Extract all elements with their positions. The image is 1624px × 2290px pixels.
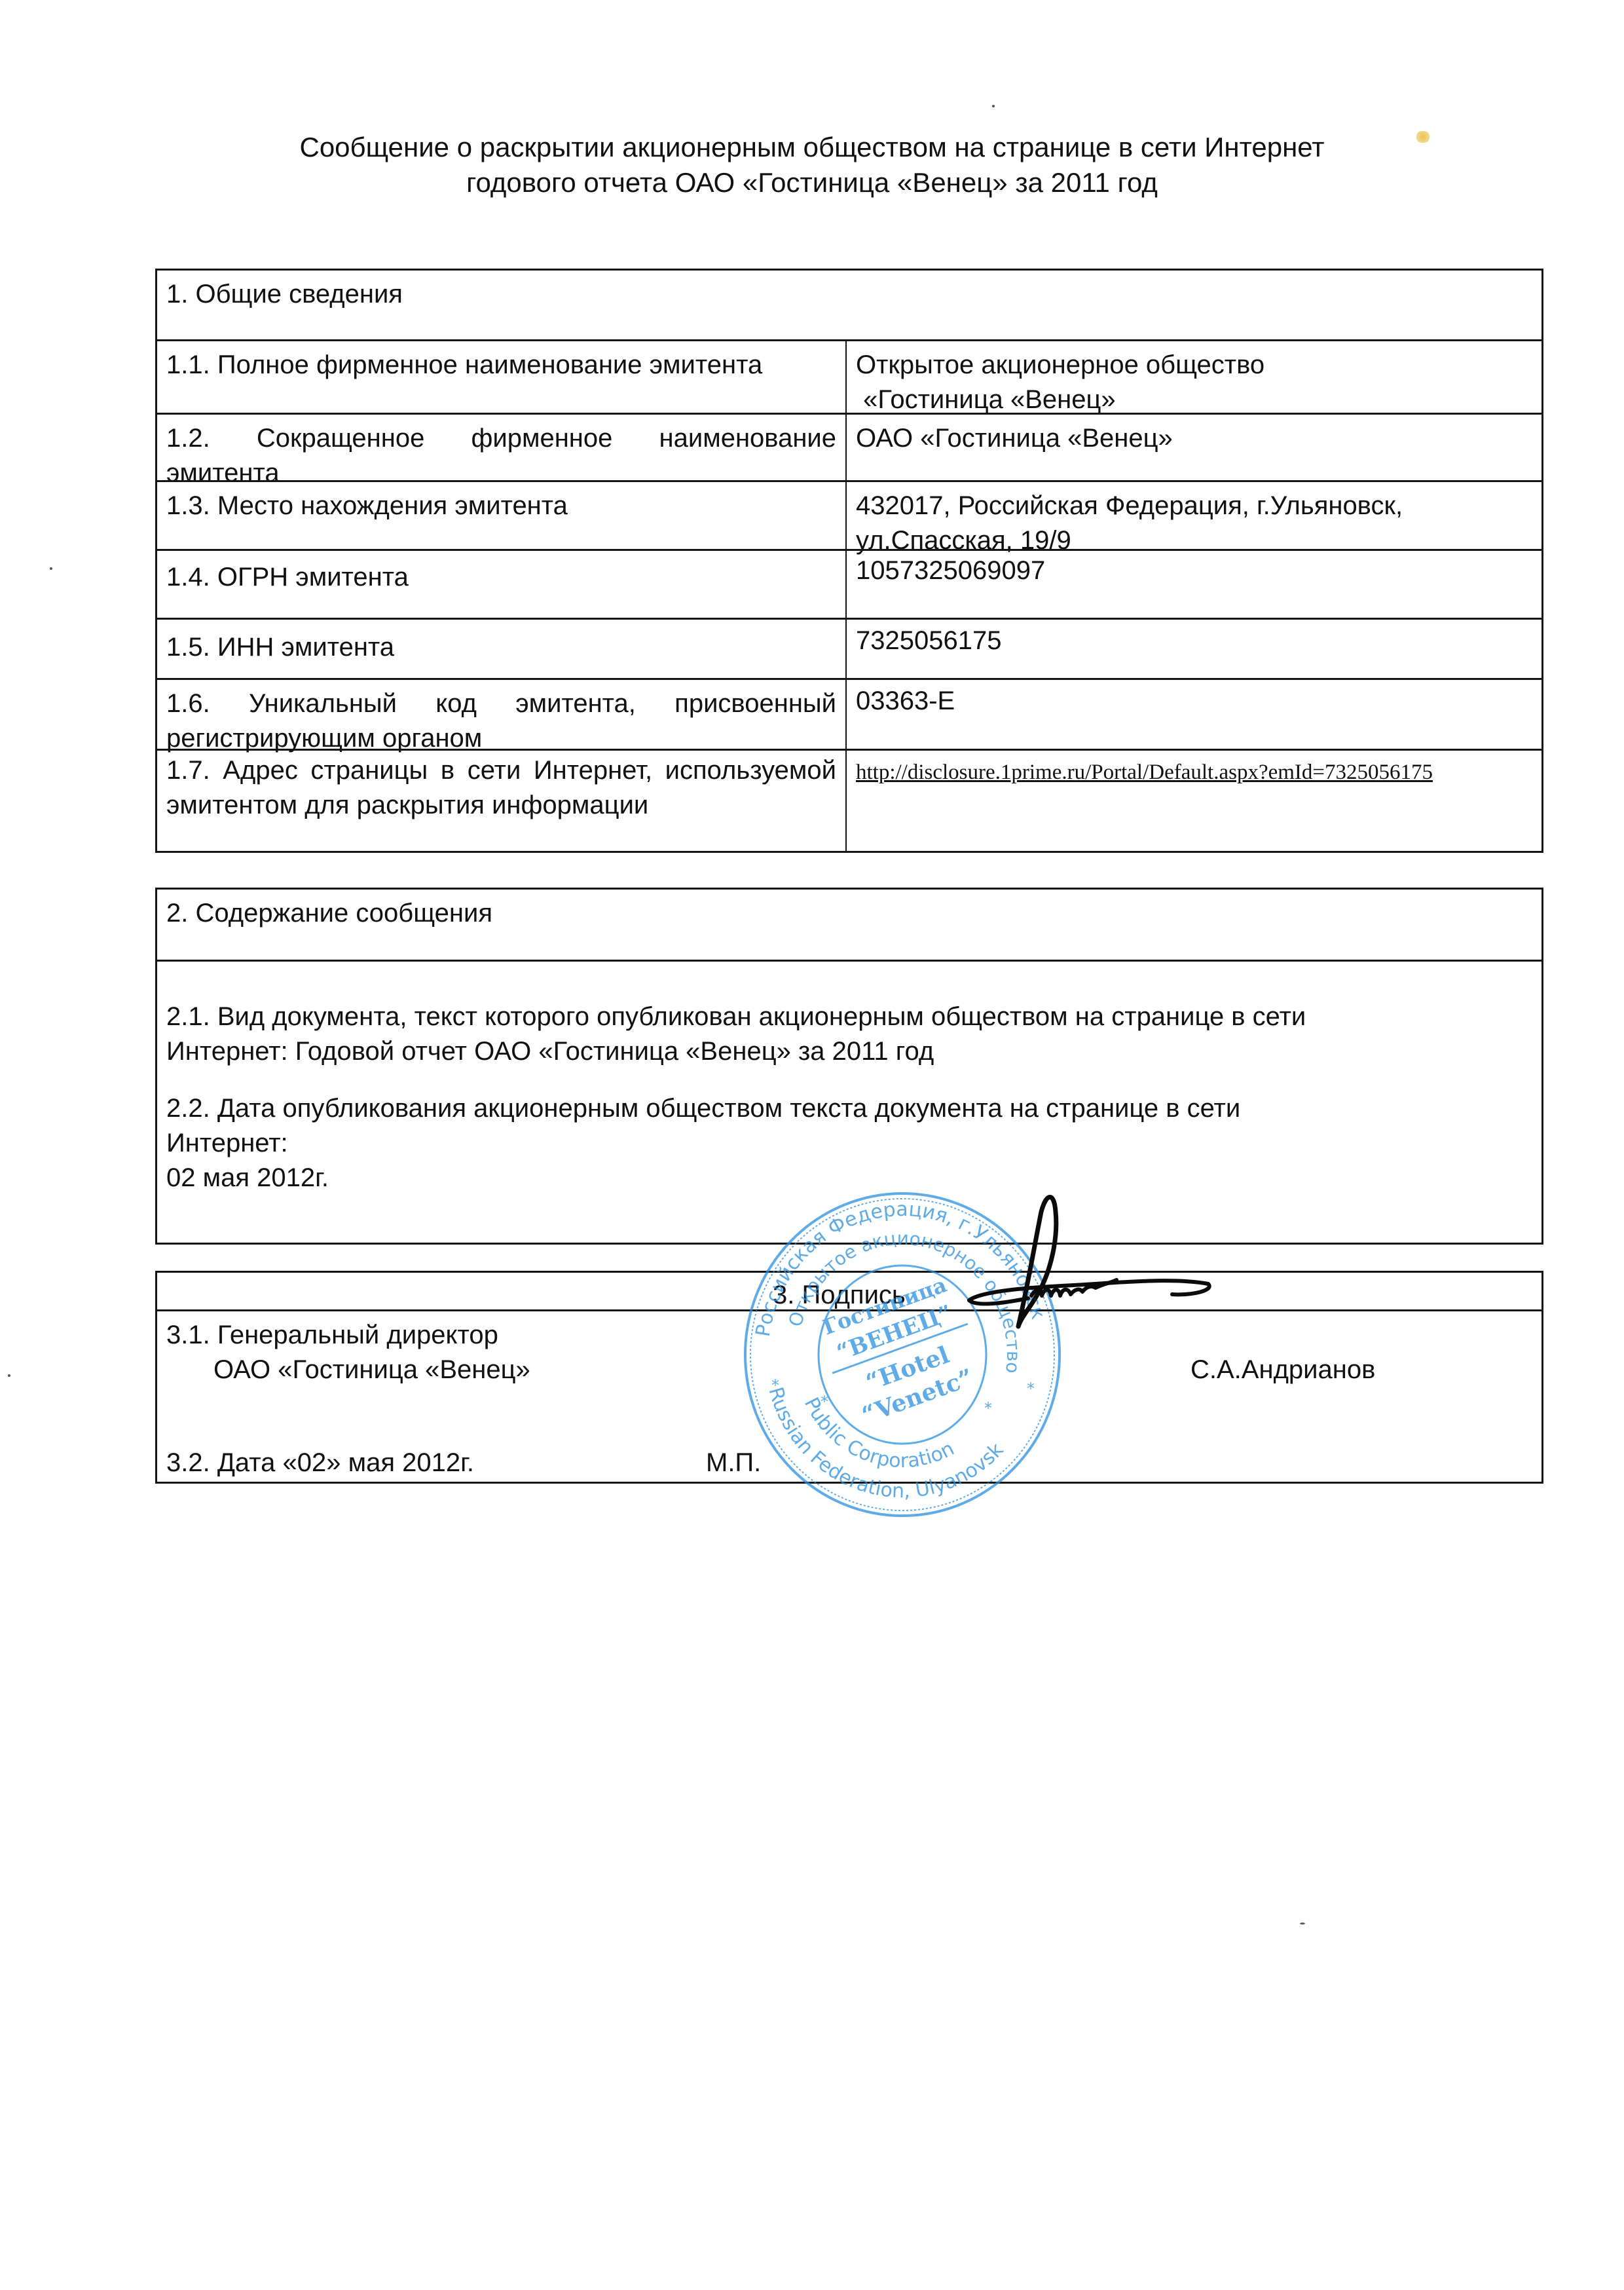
disclosure-page-link[interactable]: http://disclosure.1prime.ru/Portal/Defau…: [856, 760, 1433, 784]
position-title: 3.1. Генеральный директор: [166, 1318, 498, 1353]
company-name: ОАО «Гостиница «Венец»: [213, 1353, 530, 1387]
svg-text:*: *: [984, 1399, 992, 1417]
scan-smudge-icon: [1414, 131, 1431, 143]
paragraph-2-2: 2.2. Дата опубликования акционерным обще…: [166, 1091, 1532, 1195]
value-line: 432017, Российская Федерация, г.Ульяновс…: [856, 489, 1532, 523]
scan-speck: [8, 1374, 10, 1377]
signatory-name: С.А.Андрианов: [1190, 1353, 1375, 1387]
value-line: Открытое акционерное общество: [856, 348, 1532, 383]
row-value: 03363-E: [847, 680, 1541, 749]
row-label: 1.5. ИНН эмитента: [157, 620, 847, 678]
row-value: ОАО «Гостиница «Венец»: [847, 415, 1541, 480]
row-value: http://disclosure.1prime.ru/Portal/Defau…: [847, 751, 1541, 851]
table-row-1-2: 1.2. Сокращенное фирменное наименование …: [157, 413, 1541, 480]
row-label: 1.4. ОГРН эмитента: [157, 551, 847, 618]
row-value: 432017, Российская Федерация, г.Ульяновс…: [847, 482, 1541, 549]
handwritten-signature-icon: [956, 1186, 1218, 1336]
table-row-1-5: 1.5. ИНН эмитента 7325056175: [157, 618, 1541, 678]
svg-text:*: *: [821, 1393, 828, 1411]
section1-header-row: 1. Общие сведения: [157, 271, 1541, 339]
document-title-line-2: годового отчета ОАО «Гостиница «Венец» з…: [0, 165, 1624, 200]
row-label: 1.2. Сокращенное фирменное наименование …: [157, 415, 847, 480]
svg-text:*: *: [771, 1376, 779, 1395]
table-row-1-7: 1.7. Адрес страницы в сети Интернет, исп…: [157, 749, 1541, 851]
general-info-table: 1. Общие сведения 1.1. Полное фирменное …: [155, 269, 1543, 853]
row-label: 1.1. Полное фирменное наименование эмите…: [157, 341, 847, 413]
section2-header-row: 2. Содержание сообщения: [157, 890, 1541, 960]
paragraph-2-1: 2.1. Вид документа, текст которого опубл…: [166, 1000, 1532, 1069]
signature-date: 3.2. Дата «02» мая 2012г.: [166, 1446, 474, 1480]
text-line: 2.1. Вид документа, текст которого опубл…: [166, 1000, 1532, 1034]
scan-speck: [1300, 1923, 1305, 1924]
text-line: Интернет:: [166, 1126, 1532, 1161]
document-title-line-1: Сообщение о раскрытии акционерным общест…: [0, 130, 1624, 165]
section1-header: 1. Общие сведения: [157, 271, 1541, 339]
row-value: Открытое акционерное общество «Гостиница…: [847, 341, 1541, 413]
row-label: 1.6. Уникальный код эмитента, присвоенны…: [157, 680, 847, 749]
row-label: 1.7. Адрес страницы в сети Интернет, исп…: [157, 751, 847, 851]
table-row-1-3: 1.3. Место нахождения эмитента 432017, Р…: [157, 480, 1541, 549]
table-row-1-6: 1.6. Уникальный код эмитента, присвоенны…: [157, 678, 1541, 749]
text-line: Интернет: Годовой отчет ОАО «Гостиница «…: [166, 1034, 1532, 1069]
row-value: 1057325069097: [847, 551, 1541, 618]
text-line: 2.2. Дата опубликования акционерным обще…: [166, 1091, 1532, 1126]
row-value: 7325056175: [847, 620, 1541, 678]
scan-speck: [992, 105, 995, 107]
row-label: 1.3. Место нахождения эмитента: [157, 482, 847, 549]
svg-text:*: *: [1027, 1380, 1035, 1398]
table-row-1-4: 1.4. ОГРН эмитента 1057325069097: [157, 549, 1541, 618]
table-row-1-1: 1.1. Полное фирменное наименование эмите…: [157, 339, 1541, 413]
section2-header: 2. Содержание сообщения: [157, 890, 1541, 960]
scan-speck: [50, 567, 52, 570]
